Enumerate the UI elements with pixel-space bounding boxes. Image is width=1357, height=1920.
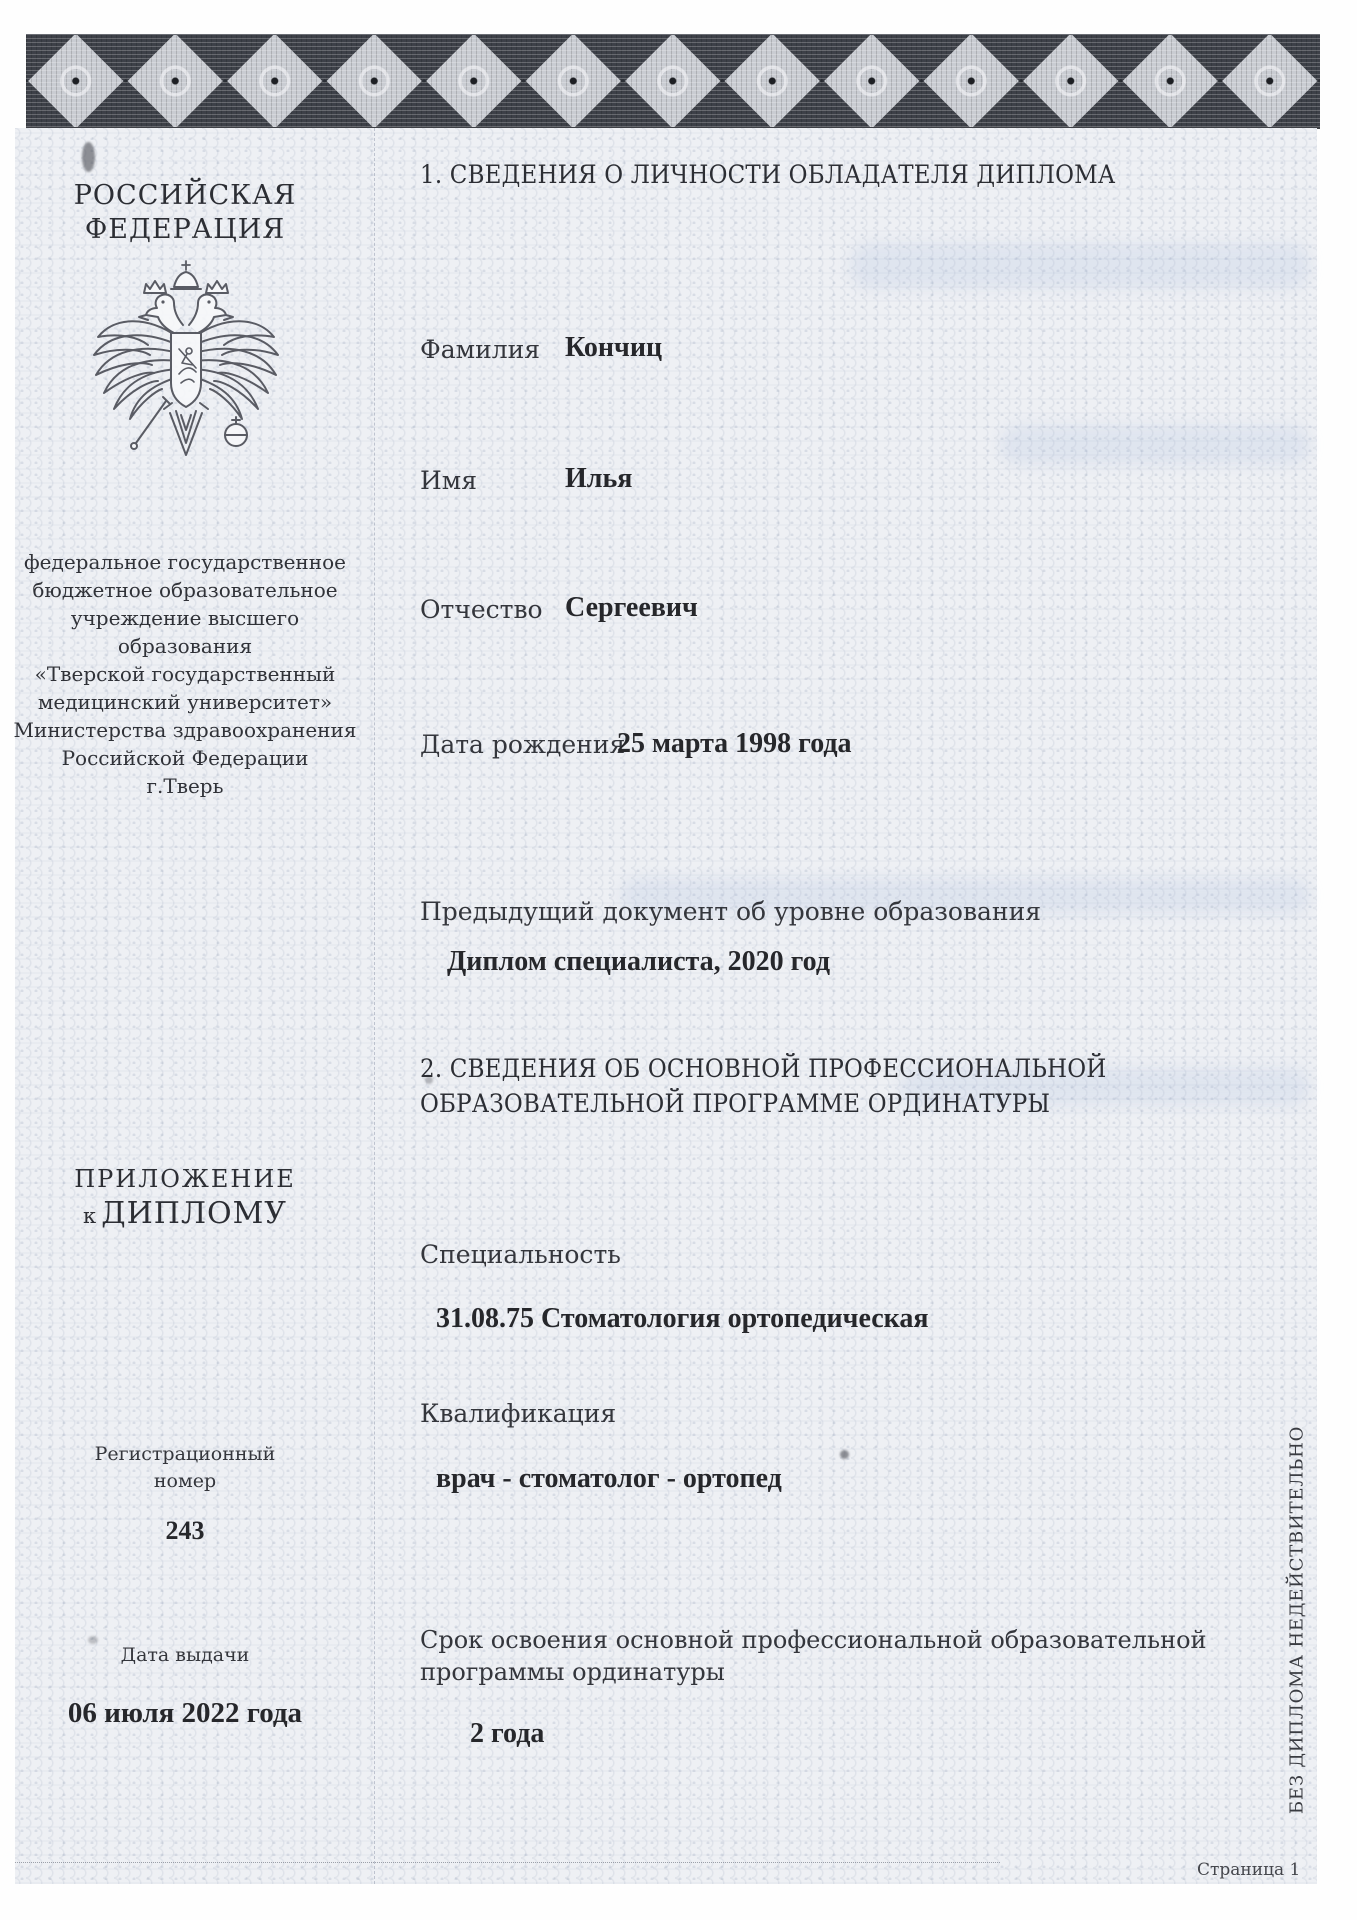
russian-double-headed-eagle-icon — [86, 253, 286, 478]
duration-value: 2 года — [470, 1718, 544, 1750]
document-title-word: ДИПЛОМУ — [101, 1196, 287, 1231]
institution-line: Российской Федерации — [5, 744, 365, 772]
issue-date-label: Дата выдачи — [5, 1642, 365, 1669]
issue-date-value: 06 июля 2022 года — [5, 1697, 365, 1730]
registration-number-label: Регистрационный номер — [5, 1441, 365, 1495]
institution-line: федеральное государственное — [5, 548, 365, 576]
country-name-line2: ФЕДЕРАЦИЯ — [5, 214, 365, 245]
document-title-line2: к ДИПЛОМУ — [5, 1196, 365, 1231]
institution-name: федеральное государственное бюджетное об… — [5, 548, 365, 800]
duration-label-line1: Срок освоения основной профессиональной … — [420, 1626, 1207, 1654]
institution-line: г.Тверь — [5, 772, 365, 800]
fold-line — [374, 128, 375, 1884]
surname-label: Фамилия — [420, 335, 540, 364]
patronymic-label: Отчество — [420, 595, 543, 624]
diploma-supplement-scan: РОССИЙСКАЯ ФЕДЕРАЦИЯ — [0, 0, 1357, 1920]
duration-label-line2: программы ординатуры — [420, 1658, 725, 1686]
institution-line: учреждение высшего образования — [5, 604, 365, 660]
section2-heading-line1: 2. СВЕДЕНИЯ ОБ ОСНОВНОЙ ПРОФЕССИОНАЛЬНОЙ — [420, 1054, 1107, 1083]
side-note-vertical: БЕЗ ДИПЛОМА НЕДЕЙСТВИТЕЛЬНО — [1287, 1426, 1308, 1814]
qualification-label: Квалификация — [420, 1399, 616, 1428]
patronymic-value: Сергеевич — [565, 592, 698, 624]
specialty-label: Специальность — [420, 1240, 621, 1269]
previous-document-label: Предыдущий документ об уровне образовани… — [420, 897, 1041, 926]
guilloche-ornament-band — [26, 34, 1320, 129]
surname-value: Кончиц — [565, 332, 662, 364]
firstname-value: Илья — [565, 463, 632, 495]
birthdate-value: 25 марта 1998 года — [617, 728, 852, 760]
scan-streak — [850, 243, 1310, 289]
country-name-line1: РОССИЙСКАЯ — [5, 180, 365, 211]
scan-artifact — [82, 142, 95, 172]
bottom-dotted-line — [15, 1862, 1000, 1863]
institution-line: Министерства здравоохранения — [5, 716, 365, 744]
firstname-label: Имя — [420, 466, 477, 495]
scan-artifact — [840, 1450, 849, 1459]
birthdate-label: Дата рождения — [420, 730, 625, 759]
registration-number-value: 243 — [5, 1516, 365, 1546]
institution-line: медицинский университет» — [5, 688, 365, 716]
qualification-value: врач - стоматолог - ортопед — [436, 1463, 782, 1495]
section1-heading: 1. СВЕДЕНИЯ О ЛИЧНОСТИ ОБЛАДАТЕЛЯ ДИПЛОМ… — [420, 160, 1116, 189]
institution-line: «Тверской государственный — [5, 660, 365, 688]
document-title-preposition: к — [83, 1204, 96, 1228]
scan-streak — [1000, 425, 1310, 465]
institution-line: бюджетное образовательное — [5, 576, 365, 604]
page-number: Страница 1 — [1197, 1860, 1300, 1880]
specialty-value: 31.08.75 Стоматология ортопедическая — [436, 1303, 929, 1335]
section2-heading-line2: ОБРАЗОВАТЕЛЬНОЙ ПРОГРАММЕ ОРДИНАТУРЫ — [420, 1089, 1050, 1118]
previous-document-value: Диплом специалиста, 2020 год — [447, 946, 830, 978]
document-title-line1: ПРИЛОЖЕНИЕ — [5, 1165, 365, 1193]
